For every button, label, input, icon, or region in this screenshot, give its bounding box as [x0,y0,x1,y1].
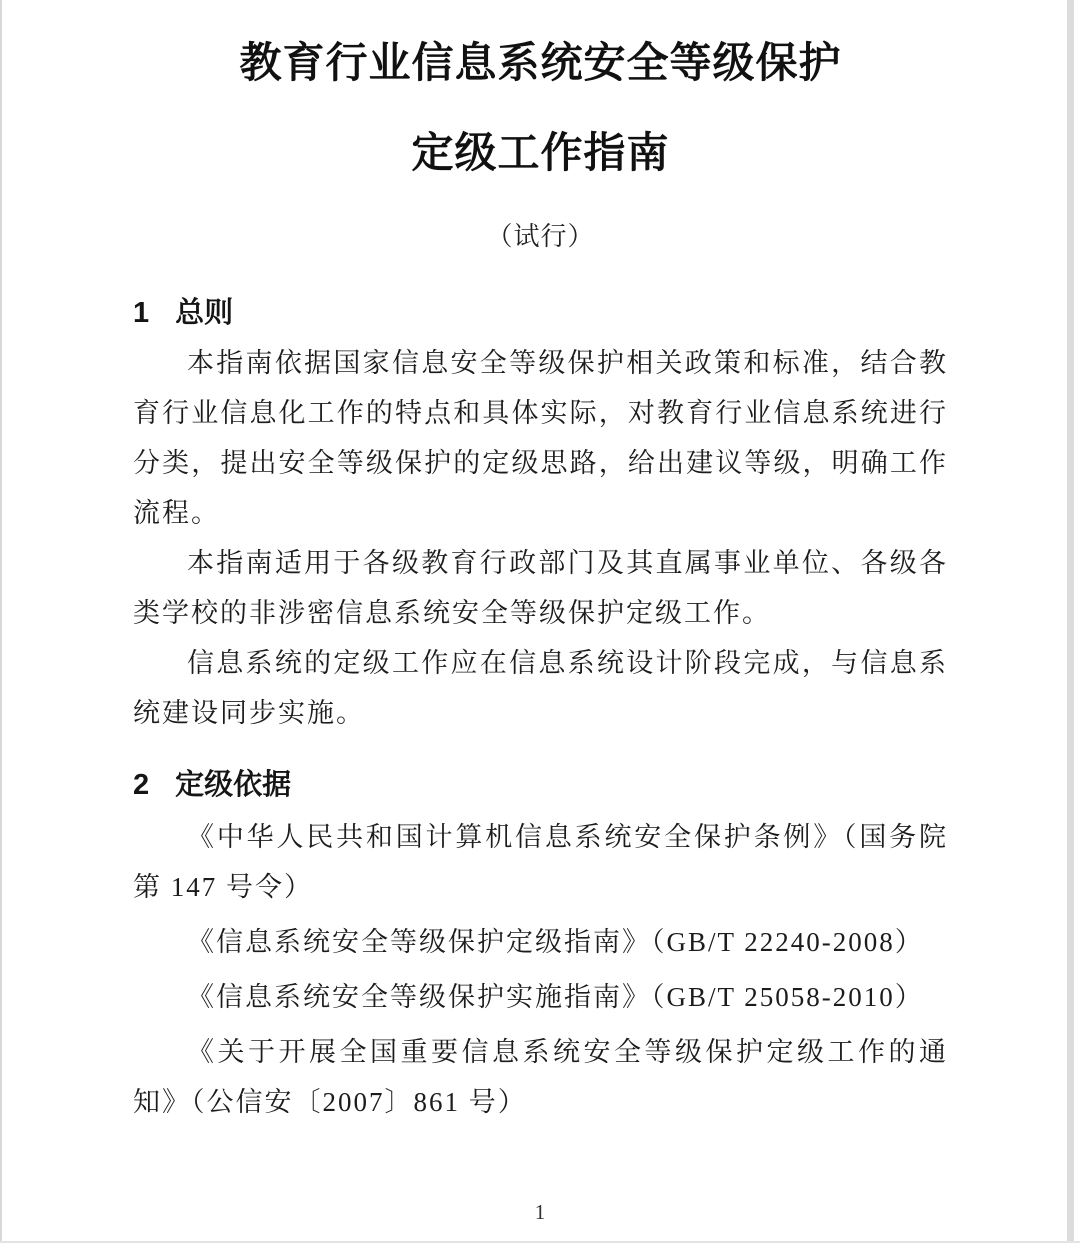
document-title-line2: 定级工作指南 [133,128,948,180]
section-1-paragraph-3: 信息系统的定级工作应在信息系统设计阶段完成，与信息系统建设同步实施。 [133,638,948,738]
section-1-paragraph-1: 本指南依据国家信息安全等级保护相关政策和标准，结合教育行业信息化工作的特点和具体… [133,338,948,538]
document-page: 教育行业信息系统安全等级保护 定级工作指南 （试行） 1总则 本指南依据国家信息… [0,0,1080,1243]
section-1-heading: 1总则 [133,296,948,330]
section-2-reference-1: 《中华人民共和国计算机信息系统安全保护条例》（国务院第 147 号令） [133,812,948,912]
section-1-title: 总则 [175,297,233,329]
document-title-line1: 教育行业信息系统安全等级保护 [133,0,948,90]
section-2-heading: 2定级依据 [133,768,948,802]
section-2-number: 2 [133,768,149,802]
document-subtitle: （试行） [133,220,948,254]
page-edge-left [0,0,2,1243]
document-content: 教育行业信息系统安全等级保护 定级工作指南 （试行） 1总则 本指南依据国家信息… [133,0,948,1243]
section-2-title: 定级依据 [175,769,291,801]
section-2-reference-3: 《信息系统安全等级保护实施指南》（GB/T 25058-2010） [133,972,948,1022]
section-2-reference-4: 《关于开展全国重要信息系统安全等级保护定级工作的通知》（公信安〔2007〕861… [133,1027,948,1127]
section-2-reference-2: 《信息系统安全等级保护定级指南》（GB/T 22240-2008） [133,917,948,967]
section-1-paragraph-2: 本指南适用于各级教育行政部门及其直属事业单位、各级各类学校的非涉密信息系统安全等… [133,538,948,638]
page-edge-right [1067,0,1074,1243]
page-number: 1 [0,1200,1080,1225]
section-1-number: 1 [133,296,149,330]
